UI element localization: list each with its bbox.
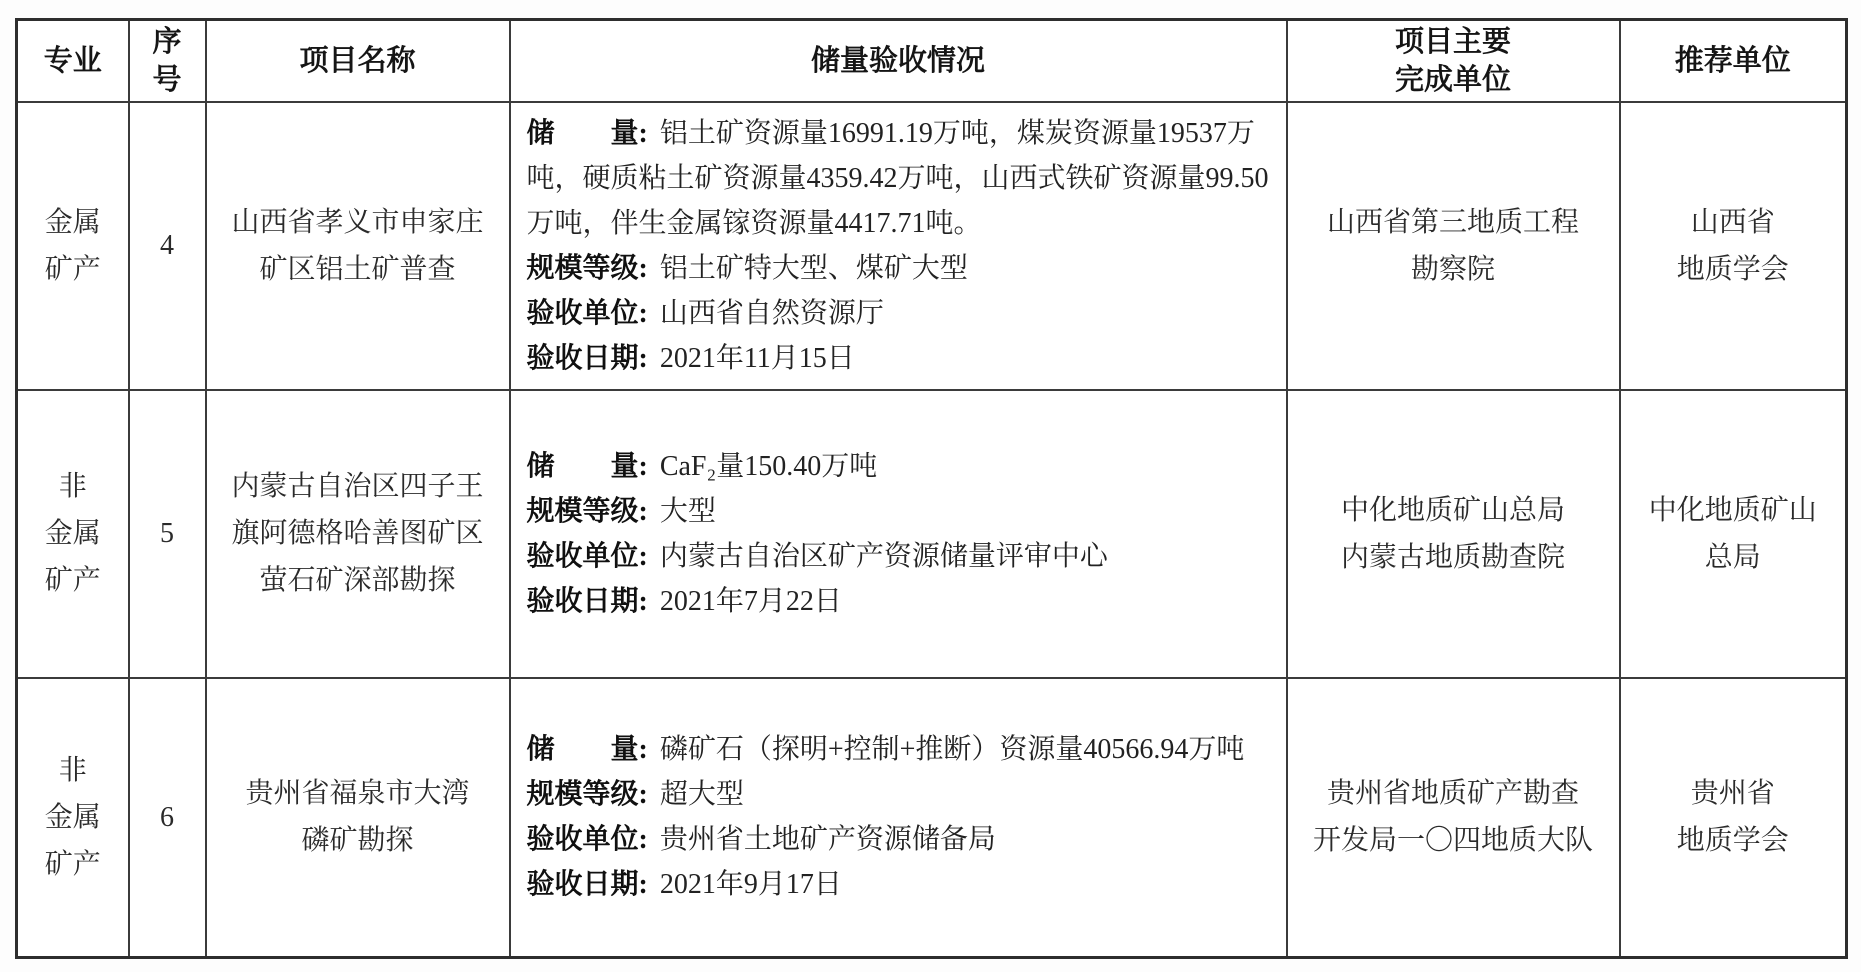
specialty-cell: 非 金属 矿产	[17, 390, 129, 678]
field-label: 规模等级:	[527, 496, 648, 527]
col-header-specialty: 专业	[17, 20, 129, 102]
document-page: 专业 序 号 项目名称 储量验收情况 项目主要 完成单位 推荐单位 金属 矿产 …	[0, 0, 1861, 972]
acceptance-line-scale: 规模等级:铝土矿特大型、煤矿大型	[527, 246, 1276, 291]
col-header-no: 序 号	[129, 20, 206, 102]
field-label: 验收单位:	[527, 541, 648, 572]
field-label: 规模等级:	[527, 779, 648, 810]
acceptance-line-unit: 验收单位:贵州省土地矿产资源储备局	[527, 817, 1276, 862]
project-name-cell: 山西省孝义市申家庄 矿区铝土矿普查	[206, 102, 510, 390]
specialty-cell: 金属 矿产	[17, 102, 129, 390]
field-label: 验收日期:	[527, 869, 648, 900]
acceptance-line-date: 验收日期:2021年7月22日	[527, 579, 1276, 624]
col-header-main-unit: 项目主要 完成单位	[1287, 20, 1620, 102]
field-value: CaF₂量150.40万吨	[660, 451, 877, 482]
recommender-cell: 贵州省 地质学会	[1620, 678, 1847, 958]
field-value: 超大型	[660, 779, 744, 810]
recommender-cell: 中化地质矿山 总局	[1620, 390, 1847, 678]
field-label: 储 量:	[527, 734, 648, 765]
acceptance-cell: 储 量:铝土矿资源量16991.19万吨，煤炭资源量19537万吨，硬质粘土矿资…	[510, 102, 1287, 390]
field-value: 贵州省土地矿产资源储备局	[660, 824, 996, 855]
acceptance-line-reserve: 储 量:磷矿石（探明+控制+推断）资源量40566.94万吨	[527, 727, 1276, 772]
acceptance-line-unit: 验收单位:内蒙古自治区矿产资源储量评审中心	[527, 534, 1276, 579]
table-row: 非 金属 矿产 6 贵州省福泉市大湾 磷矿勘探 储 量:磷矿石（探明+控制+推断…	[17, 678, 1847, 958]
index-cell: 5	[129, 390, 206, 678]
acceptance-cell: 储 量:CaF₂量150.40万吨 规模等级:大型 验收单位:内蒙古自治区矿产资…	[510, 390, 1287, 678]
acceptance-line-date: 验收日期:2021年11月15日	[527, 336, 1276, 381]
recommender-cell: 山西省 地质学会	[1620, 102, 1847, 390]
field-label: 储 量:	[527, 118, 648, 149]
col-header-project-name: 项目名称	[206, 20, 510, 102]
project-name-cell: 贵州省福泉市大湾 磷矿勘探	[206, 678, 510, 958]
col-header-acceptance: 储量验收情况	[510, 20, 1287, 102]
main-unit-cell: 贵州省地质矿产勘查 开发局一〇四地质大队	[1287, 678, 1620, 958]
acceptance-line-date: 验收日期:2021年9月17日	[527, 862, 1276, 907]
field-label: 规模等级:	[527, 253, 648, 284]
acceptance-line-reserve: 储 量:铝土矿资源量16991.19万吨，煤炭资源量19537万吨，硬质粘土矿资…	[527, 111, 1276, 246]
field-value: 山西省自然资源厅	[660, 298, 884, 329]
field-value: 2021年9月17日	[660, 869, 842, 900]
field-label: 验收单位:	[527, 824, 648, 855]
field-label: 验收日期:	[527, 343, 648, 374]
table-row: 金属 矿产 4 山西省孝义市申家庄 矿区铝土矿普查 储 量:铝土矿资源量1699…	[17, 102, 1847, 390]
index-cell: 6	[129, 678, 206, 958]
field-value: 大型	[660, 496, 716, 527]
acceptance-line-reserve: 储 量:CaF₂量150.40万吨	[527, 444, 1276, 489]
field-value: 2021年7月22日	[660, 586, 842, 617]
field-label: 验收日期:	[527, 586, 648, 617]
field-value: 磷矿石（探明+控制+推断）资源量40566.94万吨	[660, 734, 1245, 765]
field-label: 验收单位:	[527, 298, 648, 329]
main-unit-cell: 山西省第三地质工程 勘察院	[1287, 102, 1620, 390]
acceptance-line-unit: 验收单位:山西省自然资源厅	[527, 291, 1276, 336]
field-label: 储 量:	[527, 451, 648, 482]
project-name-cell: 内蒙古自治区四子王 旗阿德格哈善图矿区 萤石矿深部勘探	[206, 390, 510, 678]
index-cell: 4	[129, 102, 206, 390]
col-header-recommender: 推荐单位	[1620, 20, 1847, 102]
acceptance-line-scale: 规模等级:大型	[527, 489, 1276, 534]
projects-table: 专业 序 号 项目名称 储量验收情况 项目主要 完成单位 推荐单位 金属 矿产 …	[15, 18, 1848, 959]
specialty-cell: 非 金属 矿产	[17, 678, 129, 958]
main-unit-cell: 中化地质矿山总局 内蒙古地质勘查院	[1287, 390, 1620, 678]
field-value: 内蒙古自治区矿产资源储量评审中心	[660, 541, 1108, 572]
table-row: 非 金属 矿产 5 内蒙古自治区四子王 旗阿德格哈善图矿区 萤石矿深部勘探 储 …	[17, 390, 1847, 678]
acceptance-line-scale: 规模等级:超大型	[527, 772, 1276, 817]
header-row: 专业 序 号 项目名称 储量验收情况 项目主要 完成单位 推荐单位	[17, 20, 1847, 102]
field-value: 2021年11月15日	[660, 343, 855, 374]
acceptance-cell: 储 量:磷矿石（探明+控制+推断）资源量40566.94万吨 规模等级:超大型 …	[510, 678, 1287, 958]
field-value: 铝土矿特大型、煤矿大型	[660, 253, 968, 284]
